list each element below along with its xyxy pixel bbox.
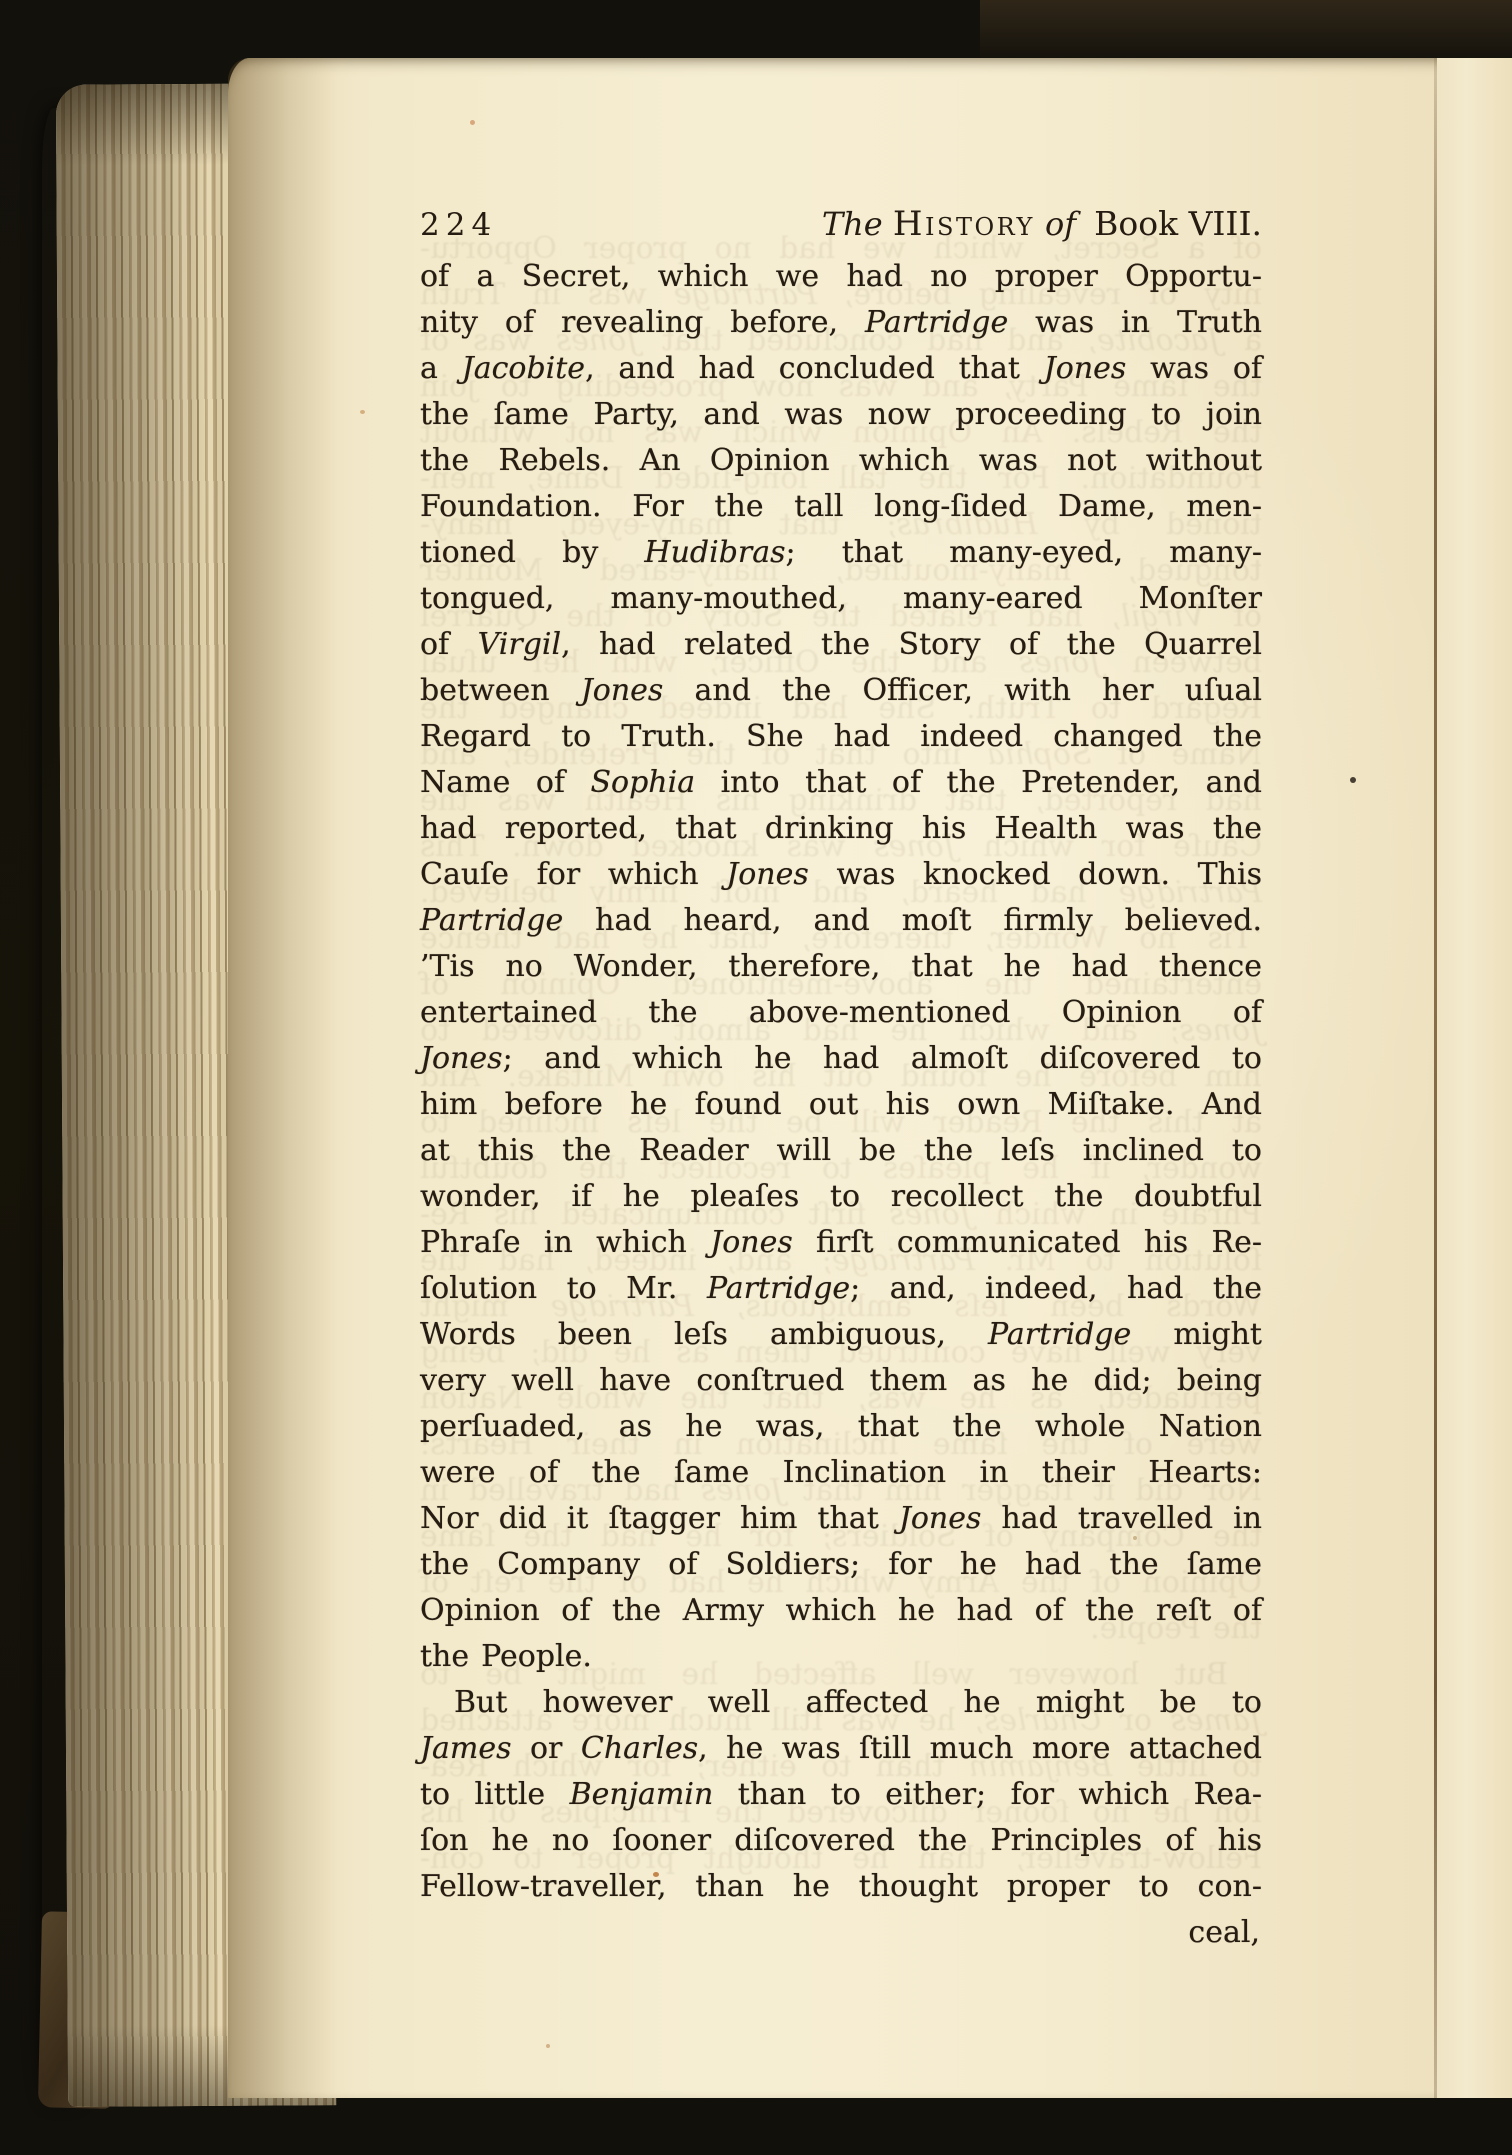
text-segment: was of	[1126, 351, 1262, 386]
text-segment: was knocked down. This	[809, 857, 1262, 892]
text-segment: Fellow-traveller, than he thought proper…	[420, 1869, 1262, 1904]
paper-speck	[546, 2044, 550, 2048]
proper-name-italic: Benjamin	[570, 1777, 714, 1812]
text-segment: Cauſe for which	[420, 857, 726, 892]
next-leaf-edge	[1437, 58, 1512, 2098]
text-segment: Regard to Truth. She had indeed changed …	[420, 719, 1262, 754]
text-line: to little Benjamin than to either; for w…	[420, 1772, 1262, 1818]
title-book-number: Book VIII.	[1094, 204, 1262, 243]
text-line: Phraſe in which Jones firſt communicated…	[420, 1220, 1262, 1266]
text-line: the Rebels. An Opinion which was not wit…	[420, 438, 1262, 484]
proper-name-italic: Jones	[726, 857, 809, 892]
page-crease-line	[1434, 58, 1437, 2098]
text-column: 224 The History ofBook VIII. of a Secret…	[420, 204, 1262, 1956]
text-line: Nor did it ſtagger him that Jones had tr…	[420, 1496, 1262, 1542]
text-line: Partridge had heard, and moſt firmly bel…	[420, 898, 1262, 944]
text-segment: to little	[420, 1777, 570, 1812]
proper-name-italic: Partridge	[988, 1317, 1131, 1352]
text-segment: had travelled in	[981, 1501, 1262, 1536]
text-segment: , and had concluded that	[585, 351, 1044, 386]
proper-name-italic: Sophia	[590, 765, 695, 800]
text-segment: very well have conſtrued them as he did;…	[420, 1363, 1262, 1398]
text-line: between Jones and the Officer, with her …	[420, 668, 1262, 714]
text-line: Jones; and which he had almoſt diſcovere…	[420, 1036, 1262, 1082]
book-page: 224 The History ofBook VIII. of a Secret…	[228, 58, 1512, 2098]
paper-speck	[360, 410, 365, 414]
proper-name-italic: Virgil	[478, 627, 561, 662]
text-line: of a Secret, which we had no proper Oppo…	[420, 254, 1262, 300]
text-line: Name of Sophia into that of the Pretende…	[420, 760, 1262, 806]
text-line: ſon he no ſooner diſcovered the Principl…	[420, 1818, 1262, 1864]
text-segment: Foundation. For the tall long-ſided Dame…	[420, 489, 1262, 524]
body-text: of a Secret, which we had no proper Oppo…	[420, 254, 1262, 1910]
proper-name-italic: Charles	[581, 1731, 698, 1766]
gutter-shadow	[228, 58, 338, 2098]
proper-name-italic: Partridge	[420, 903, 563, 938]
text-segment: ſolution to Mr.	[420, 1271, 707, 1306]
text-segment: a	[420, 351, 462, 386]
text-segment: ’Tis no Wonder, therefore, that he had t…	[420, 949, 1262, 984]
proper-name-italic: Jones	[1044, 351, 1127, 386]
text-line: the ſame Party, and was now proceeding t…	[420, 392, 1262, 438]
text-segment: ; and which he had almoſt diſcovered to	[503, 1041, 1262, 1076]
proper-name-italic: James	[420, 1731, 512, 1766]
text-line: Cauſe for which Jones was knocked down. …	[420, 852, 1262, 898]
text-line: a Jacobite, and had concluded that Jones…	[420, 346, 1262, 392]
text-line: ’Tis no Wonder, therefore, that he had t…	[420, 944, 1262, 990]
text-line: the People.	[420, 1634, 1262, 1680]
proper-name-italic: Partridge	[865, 305, 1008, 340]
text-line: at this the Reader will be the leſs incl…	[420, 1128, 1262, 1174]
text-line: had reported, that drinking his Health w…	[420, 806, 1262, 852]
text-segment: of a Secret, which we had no proper Oppo…	[420, 259, 1262, 294]
text-line: Opinion of the Army which he had of the …	[420, 1588, 1262, 1634]
text-segment: entertained the above-mentioned Opinion …	[420, 995, 1262, 1030]
text-line: ſolution to Mr. Partridge; and, indeed, …	[420, 1266, 1262, 1312]
running-header: 224 The History ofBook VIII.	[420, 204, 1262, 254]
text-segment: tioned by	[420, 535, 644, 570]
paper-speck	[1350, 777, 1356, 783]
text-segment: , had related the Story of the Quarrel	[561, 627, 1262, 662]
text-segment: ſon he no ſooner diſcovered the Principl…	[420, 1823, 1262, 1858]
paper-speck	[470, 120, 475, 125]
text-line: tioned by Hudibras; that many-eyed, many…	[420, 530, 1262, 576]
text-segment: into that of the Pretender, and	[695, 765, 1262, 800]
text-line: entertained the above-mentioned Opinion …	[420, 990, 1262, 1036]
text-line: James or Charles, he was ſtill much more…	[420, 1726, 1262, 1772]
running-title: The History ofBook VIII.	[822, 204, 1262, 244]
text-segment: tongued, many-mouthed, many-eared Monſte…	[420, 581, 1262, 616]
text-line: But however well affected he might be to	[420, 1680, 1262, 1726]
text-segment: had heard, and moſt firmly believed.	[563, 903, 1262, 938]
text-segment: But however well affected he might be to	[454, 1685, 1262, 1720]
text-segment: Opinion of the Army which he had of the …	[420, 1593, 1262, 1628]
body-text-wrap: of a Secret, which we had no proper Oppo…	[420, 254, 1262, 1956]
text-line: wonder, if he pleaſes to recollect the d…	[420, 1174, 1262, 1220]
text-segment: ; and, indeed, had the	[850, 1271, 1262, 1306]
proper-name-italic: Jones	[420, 1041, 503, 1076]
text-segment: ; that many-eyed, many-	[786, 535, 1262, 570]
text-segment: than to either; for which Rea-	[713, 1777, 1262, 1812]
text-segment: wonder, if he pleaſes to recollect the d…	[420, 1179, 1262, 1214]
text-line: were of the ſame Inclination in their He…	[420, 1450, 1262, 1496]
text-segment: perſuaded, as he was, that the whole Nat…	[420, 1409, 1262, 1444]
text-line: the Company of Soldiers; for he had the …	[420, 1542, 1262, 1588]
text-segment: firſt communicated his Re-	[793, 1225, 1262, 1260]
text-line: Words been leſs ambiguous, Partridge mig…	[420, 1312, 1262, 1358]
proper-name-italic: Jacobite	[462, 351, 585, 386]
text-line: Regard to Truth. She had indeed changed …	[420, 714, 1262, 760]
text-segment: the People.	[420, 1639, 592, 1674]
title-of: of	[1035, 205, 1076, 243]
text-line: nity of revealing before, Partridge was …	[420, 300, 1262, 346]
text-segment: was in Truth	[1008, 305, 1262, 340]
text-segment: him before he found out his own Miſtake.…	[420, 1087, 1262, 1122]
text-line: Fellow-traveller, than he thought proper…	[420, 1864, 1262, 1910]
text-line: tongued, many-mouthed, many-eared Monſte…	[420, 576, 1262, 622]
text-segment: Words been leſs ambiguous,	[420, 1317, 988, 1352]
proper-name-italic: Partridge	[707, 1271, 850, 1306]
text-line: him before he found out his own Miſtake.…	[420, 1082, 1262, 1128]
text-line: perſuaded, as he was, that the whole Nat…	[420, 1404, 1262, 1450]
text-segment: were of the ſame Inclination in their He…	[420, 1455, 1262, 1490]
text-segment: , he was ſtill much more attached	[698, 1731, 1262, 1766]
text-segment: might	[1131, 1317, 1262, 1352]
proper-name-italic: Jones	[710, 1225, 793, 1260]
text-segment: Name of	[420, 765, 590, 800]
proper-name-italic: Jones	[899, 1501, 982, 1536]
text-segment: of	[420, 627, 478, 662]
text-segment: or	[512, 1731, 581, 1766]
text-segment: the Company of Soldiers; for he had the …	[420, 1547, 1262, 1582]
book-scan: 224 The History ofBook VIII. of a Secret…	[0, 0, 1512, 2155]
text-segment: and the Officer, with her uſual	[663, 673, 1262, 708]
title-history: History	[893, 204, 1035, 244]
text-line: of Virgil, had related the Story of the …	[420, 622, 1262, 668]
text-segment: had reported, that drinking his Health w…	[420, 811, 1262, 846]
text-line: very well have conſtrued them as he did;…	[420, 1358, 1262, 1404]
text-segment: at this the Reader will be the leſs incl…	[420, 1133, 1262, 1168]
title-the: The	[822, 205, 893, 243]
proper-name-italic: Hudibras	[644, 535, 785, 570]
text-segment: Nor did it ſtagger him that	[420, 1501, 899, 1536]
text-segment: the ſame Party, and was now proceeding t…	[420, 397, 1262, 432]
text-segment: between	[420, 673, 581, 708]
catchword: ceal,	[420, 1910, 1262, 1956]
text-segment: the Rebels. An Opinion which was not wit…	[420, 443, 1262, 478]
text-line: Foundation. For the tall long-ſided Dame…	[420, 484, 1262, 530]
page-number: 224	[420, 207, 497, 243]
proper-name-italic: Jones	[581, 673, 664, 708]
text-segment: nity of revealing before,	[420, 305, 865, 340]
text-segment: Phraſe in which	[420, 1225, 710, 1260]
